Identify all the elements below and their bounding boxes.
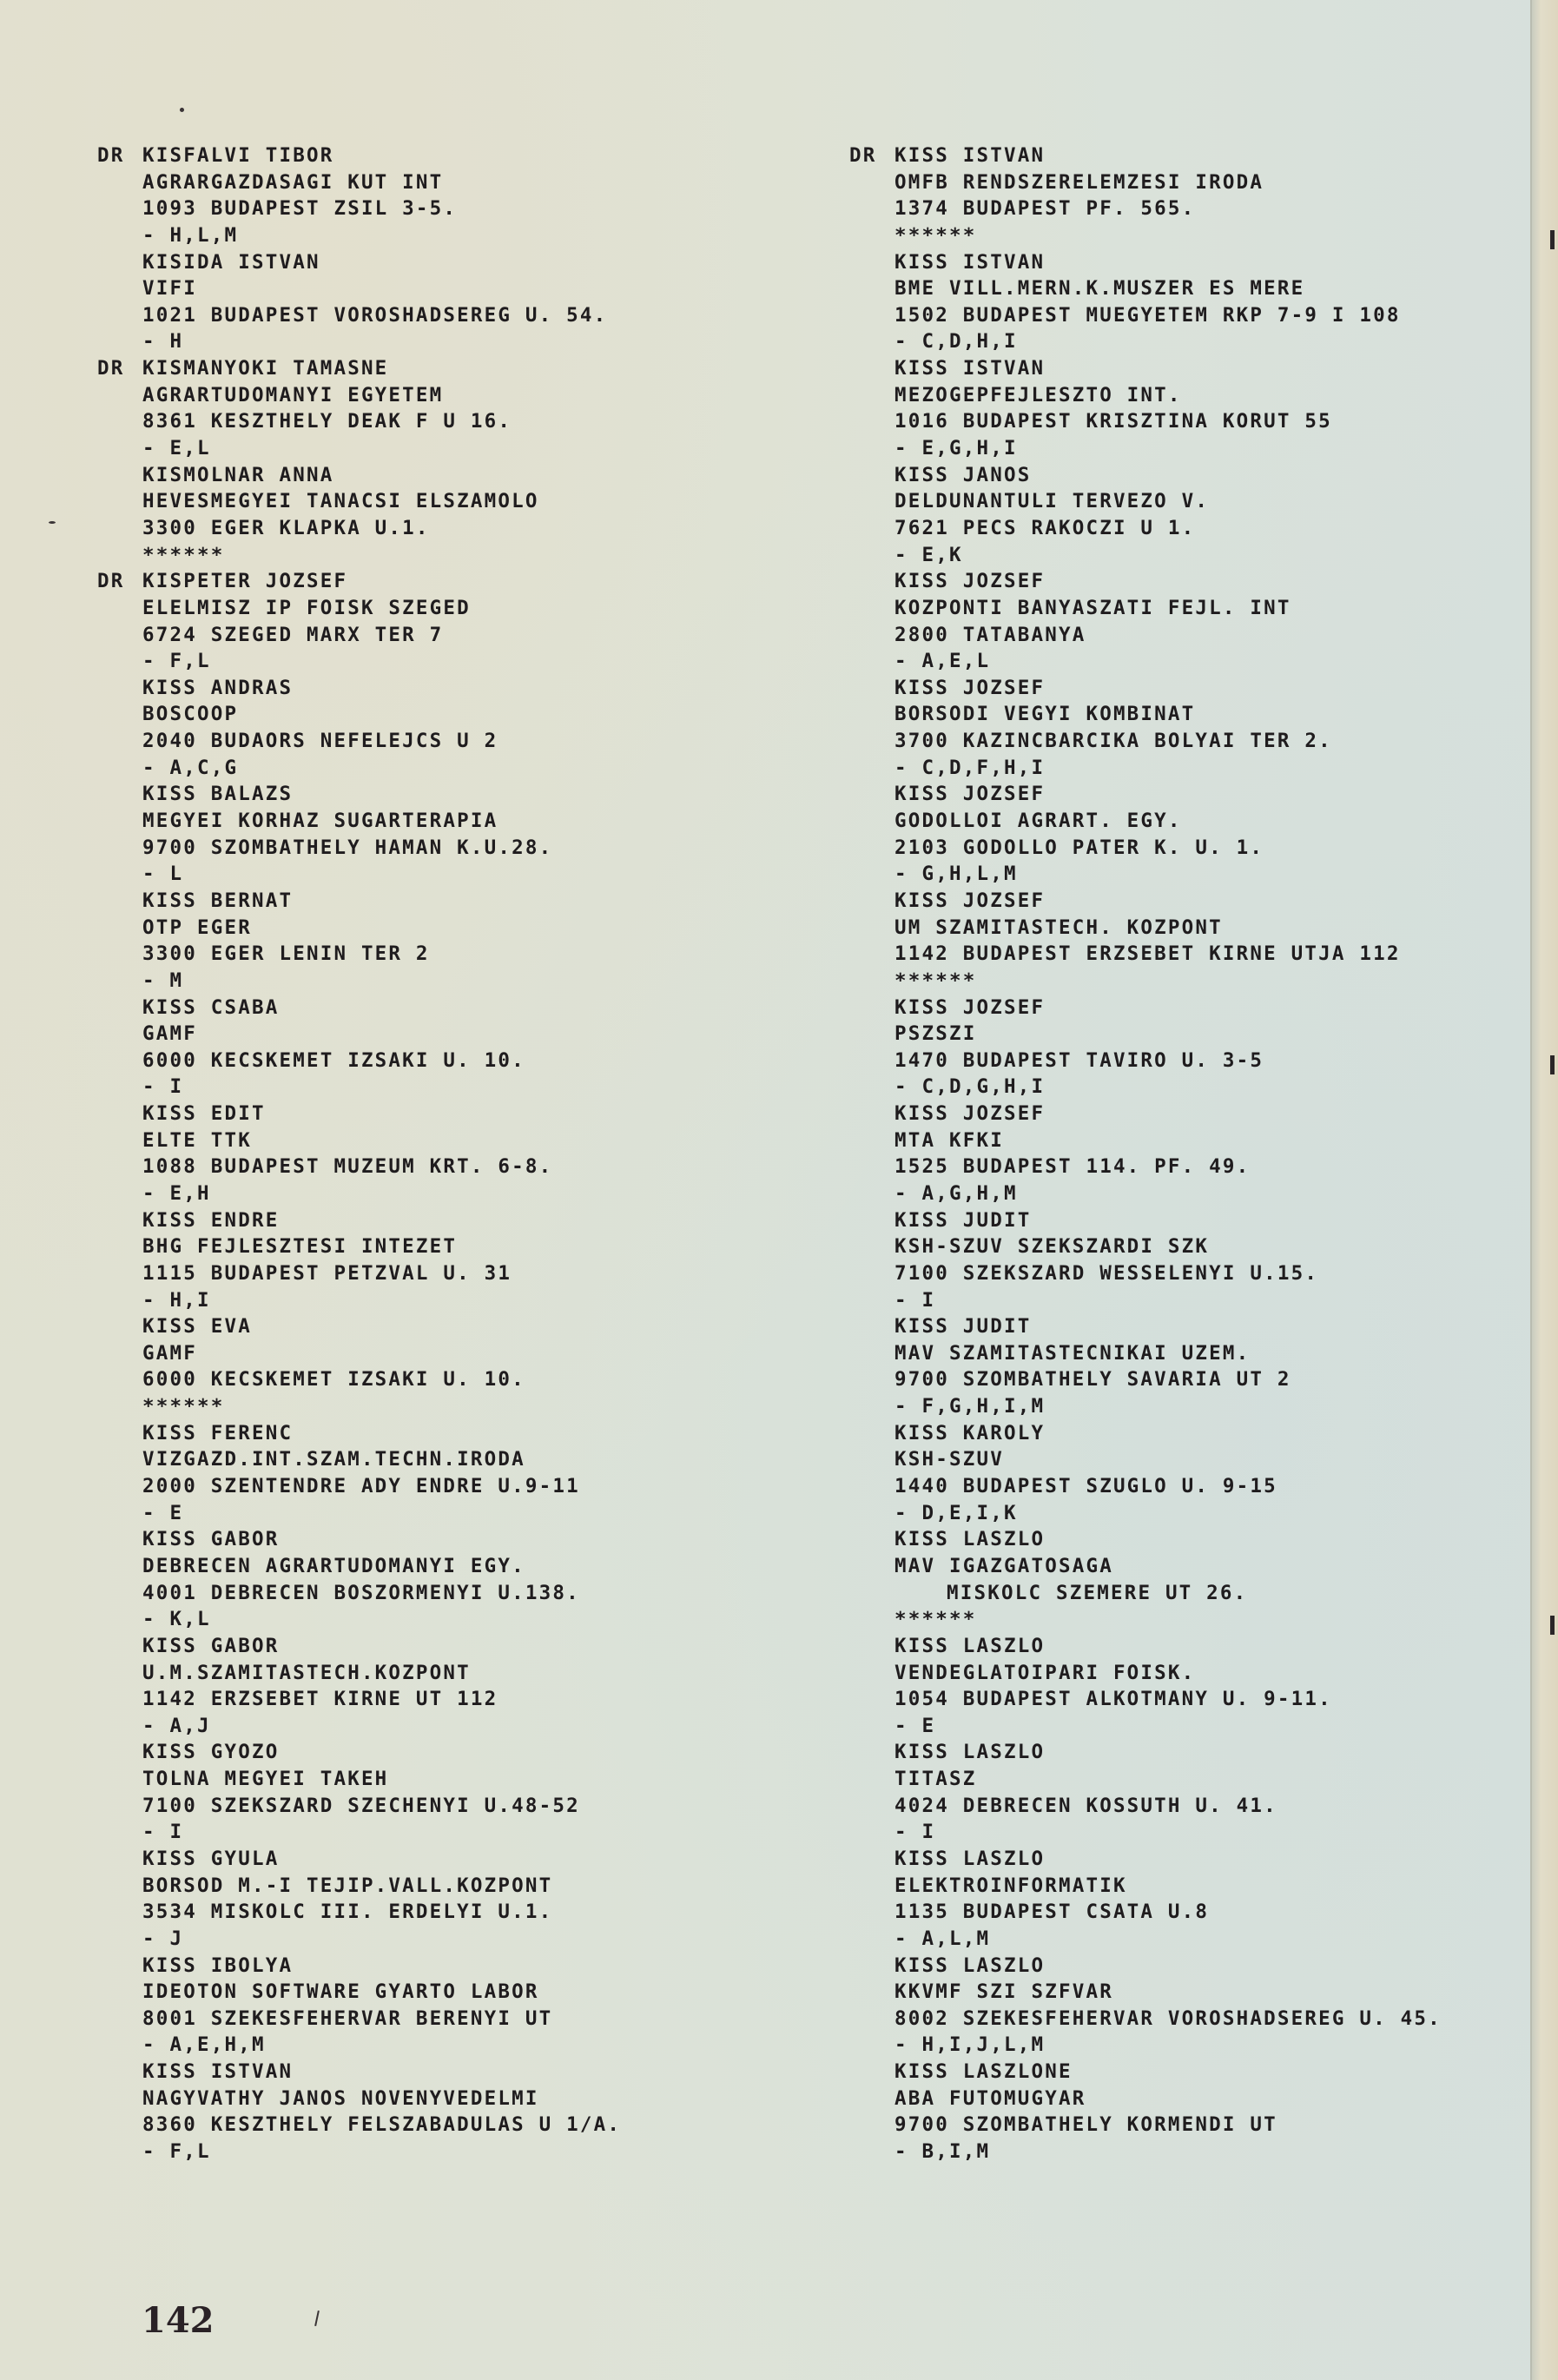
- entry-institution: KKVMF SZI SZFVAR: [895, 1980, 1113, 2003]
- directory-entry: KISS IBOLYAIDEOTON SOFTWARE GYARTO LABOR…: [97, 1953, 621, 2059]
- directory-entry: KISS ISTVANBME VILL.MERN.K.MUSZER ES MER…: [849, 249, 1442, 356]
- entry-codes: - H: [142, 330, 183, 353]
- entry-codes: - J: [142, 1927, 183, 1950]
- entry-name-line: KISS EDIT: [97, 1101, 621, 1127]
- directory-entry: KISS LASZLOVENDEGLATOIPARI FOISK.1054 BU…: [849, 1633, 1442, 1740]
- entry-address: 1016 BUDAPEST KRISZTINA KORUT 55: [895, 410, 1332, 433]
- entry-codes-line: - A,C,G: [97, 755, 621, 782]
- entry-institution: MTA KFKI: [895, 1129, 1004, 1152]
- entry-name-line: KISS ISTVAN: [849, 355, 1442, 382]
- entry-codes: - H,I: [142, 1289, 211, 1312]
- entry-name-line: KISS BALAZS: [97, 781, 621, 808]
- entry-name: KISPETER JOZSEF: [142, 570, 347, 592]
- entry-institution-line: AGRARTUDOMANYI EGYETEM: [97, 382, 621, 409]
- entry-codes-line: - H,L,M: [97, 222, 621, 249]
- entry-address-line: 7100 SZEKSZARD WESSELENYI U.15.: [849, 1260, 1442, 1287]
- entry-address: 1525 BUDAPEST 114. PF. 49.: [895, 1155, 1250, 1178]
- entry-codes: - L: [142, 863, 183, 885]
- entry-name-line: KISIDA ISTVAN: [97, 249, 621, 276]
- directory-entry: KISS ISTVANNAGYVATHY JANOS NOVENYVEDELMI…: [97, 2059, 621, 2165]
- entry-institution: BOSCOOP: [142, 703, 238, 725]
- entry-address-line: 9700 SZOMBATHELY KORMENDI UT: [849, 2112, 1442, 2139]
- entry-codes: - E,K: [895, 544, 963, 566]
- pen-mark: [314, 2311, 320, 2326]
- adjacent-page-edge: [1530, 0, 1558, 2380]
- directory-entry: KISS BALAZSMEGYEI KORHAZ SUGARTERAPIA970…: [97, 781, 621, 888]
- entry-institution: KOZPONTI BANYASZATI FEJL. INT: [895, 597, 1291, 619]
- entry-title-prefix: DR: [97, 568, 142, 595]
- entry-codes-line: - F,L: [97, 2139, 621, 2165]
- entry-codes: - C,D,H,I: [895, 330, 1018, 353]
- entry-institution-line: PSZSZI: [849, 1021, 1442, 1048]
- entry-institution-line: TITASZ: [849, 1766, 1442, 1793]
- entry-codes-line: - D,E,I,K: [849, 1500, 1442, 1527]
- entry-codes-line: - A,E,L: [849, 648, 1442, 675]
- entry-institution: GAMF: [142, 1022, 197, 1045]
- entry-name: KISS BALAZS: [142, 783, 293, 805]
- entry-institution-line: MEZOGEPFEJLESZTO INT.: [849, 382, 1442, 409]
- entry-institution-line: OMFB RENDSZERELEMZESI IRODA: [849, 169, 1442, 196]
- entry-codes: - H,L,M: [142, 224, 238, 247]
- entry-name-line: KISS FERENC: [97, 1420, 621, 1447]
- entry-codes-line: - A,L,M: [849, 1926, 1442, 1953]
- entry-codes-line: - C,D,H,I: [849, 328, 1442, 355]
- entry-address-line: 1088 BUDAPEST MUZEUM KRT. 6-8.: [97, 1154, 621, 1180]
- entry-address-line: 7100 SZEKSZARD SZECHENYI U.48-52: [97, 1793, 621, 1820]
- entry-institution: BME VILL.MERN.K.MUSZER ES MERE: [895, 277, 1304, 300]
- directory-entry: KISS LASZLOKKVMF SZI SZFVAR8002 SZEKESFE…: [849, 1953, 1442, 2059]
- entry-codes-line: - E,G,H,I: [849, 435, 1442, 462]
- directory-entry: KISS JOZSEFBORSODI VEGYI KOMBINAT3700 KA…: [849, 675, 1442, 782]
- entry-codes-line: ******: [97, 1393, 621, 1420]
- entry-codes-line: - I: [97, 1074, 621, 1101]
- entry-address-line: 2040 BUDAORS NEFELEJCS U 2: [97, 728, 621, 755]
- entry-institution: TOLNA MEGYEI TAKEH: [142, 1768, 388, 1790]
- entry-institution: MAV IGAZGATOSAGA: [895, 1555, 1113, 1577]
- entry-name: KISIDA ISTVAN: [142, 251, 320, 274]
- entry-address-line: 2000 SZENTENDRE ADY ENDRE U.9-11: [97, 1473, 621, 1500]
- entry-institution: ELELMISZ IP FOISK SZEGED: [142, 597, 471, 619]
- entry-address: 7100 SZEKSZARD SZECHENYI U.48-52: [142, 1795, 580, 1817]
- entry-address-line: 4001 DEBRECEN BOSZORMENYI U.138.: [97, 1580, 621, 1607]
- entry-institution: U.M.SZAMITASTECH.KOZPONT: [142, 1662, 471, 1684]
- entry-address: 1470 BUDAPEST TAVIRO U. 3-5: [895, 1049, 1264, 1072]
- entry-institution: MEZOGEPFEJLESZTO INT.: [895, 384, 1182, 407]
- entry-codes-line: ******: [849, 968, 1442, 995]
- entry-name: KISS JOZSEF: [895, 889, 1045, 912]
- entry-name-line: KISS JOZSEF: [849, 1101, 1442, 1127]
- entry-address: 1135 BUDAPEST CSATA U.8: [895, 1901, 1209, 1923]
- entry-codes: - I: [142, 1821, 183, 1843]
- entry-name-line: KISS ENDRE: [97, 1207, 621, 1234]
- entry-name: KISS ENDRE: [142, 1209, 279, 1232]
- entry-address-line: 1115 BUDAPEST PETZVAL U. 31: [97, 1260, 621, 1287]
- entry-address: 1374 BUDAPEST PF. 565.: [895, 197, 1195, 220]
- entry-institution-line: BOSCOOP: [97, 701, 621, 728]
- directory-entry: DRKISS ISTVANOMFB RENDSZERELEMZESI IRODA…: [849, 142, 1442, 249]
- entry-codes-line: - I: [849, 1287, 1442, 1314]
- entry-institution-line: MTA KFKI: [849, 1127, 1442, 1154]
- directory-entry: KISS JOZSEFKOZPONTI BANYASZATI FEJL. INT…: [849, 568, 1442, 675]
- entry-codes-line: - L: [97, 861, 621, 888]
- entry-codes: - A,G,H,M: [895, 1182, 1018, 1205]
- entry-name: KISS IBOLYA: [142, 1954, 293, 1977]
- entry-codes-line: - H,I,J,L,M: [849, 2032, 1442, 2059]
- entry-name-line: KISS JOZSEF: [849, 568, 1442, 595]
- directory-entry: KISMOLNAR ANNAHEVESMEGYEI TANACSI ELSZAM…: [97, 462, 621, 569]
- directory-entry: DRKISPETER JOZSEFELELMISZ IP FOISK SZEGE…: [97, 568, 621, 675]
- entry-address: 8002 SZEKESFEHERVAR VOROSHADSEREG U. 45.: [895, 2007, 1442, 2030]
- directory-entry: KISS JUDITMAV SZAMITASTECNIKAI UZEM.9700…: [849, 1313, 1442, 1420]
- entry-institution: GAMF: [142, 1342, 197, 1365]
- entry-name: KISS KAROLY: [895, 1422, 1045, 1445]
- entry-codes-line: - H: [97, 328, 621, 355]
- entry-name: KISS FERENC: [142, 1422, 293, 1445]
- entry-title-prefix: DR: [97, 355, 142, 382]
- entry-institution: DELDUNANTULI TERVEZO V.: [895, 490, 1209, 512]
- entry-codes: - I: [142, 1075, 183, 1098]
- entry-codes: - A,J: [142, 1715, 211, 1737]
- entry-codes-line: ******: [849, 222, 1442, 249]
- entry-institution-line: GAMF: [97, 1021, 621, 1048]
- entry-name: KISS LASZLO: [895, 1741, 1045, 1763]
- entry-name: KISS LASZLO: [895, 1635, 1045, 1657]
- entry-name: KISS LASZLO: [895, 1848, 1045, 1870]
- entry-codes: - D,E,I,K: [895, 1502, 1018, 1524]
- entry-name-line: KISS LASZLO: [849, 1846, 1442, 1873]
- entry-institution-line: BORSOD M.-I TEJIP.VALL.KOZPONT: [97, 1873, 621, 1900]
- entry-address-line: 1525 BUDAPEST 114. PF. 49.: [849, 1154, 1442, 1180]
- entry-institution: TITASZ: [895, 1768, 976, 1790]
- entry-name: KISS GABOR: [142, 1528, 279, 1550]
- entry-name: KISS CSABA: [142, 996, 279, 1019]
- entry-name-line: KISS GYULA: [97, 1846, 621, 1873]
- entry-address-line: 3300 EGER KLAPKA U.1.: [97, 515, 621, 542]
- entry-name: KISS LASZLO: [895, 1528, 1045, 1550]
- directory-entry: KISS ANDRASBOSCOOP2040 BUDAORS NEFELEJCS…: [97, 675, 621, 782]
- entry-institution-line: MAV IGAZGATOSAGA: [849, 1553, 1442, 1580]
- entry-address-line: 7621 PECS RAKOCZI U 1.: [849, 515, 1442, 542]
- entry-codes-line: ******: [97, 542, 621, 569]
- entry-institution: OMFB RENDSZERELEMZESI IRODA: [895, 171, 1264, 194]
- entry-codes: - G,H,L,M: [895, 863, 1018, 885]
- entry-institution-line: IDEOTON SOFTWARE GYARTO LABOR: [97, 1979, 621, 2006]
- entry-codes: - F,L: [142, 2140, 211, 2163]
- adjacent-page-mark: [1550, 1616, 1555, 1635]
- entry-name-line: KISS CSABA: [97, 995, 621, 1021]
- directory-entry: KISS EVAGAMF6000 KECSKEMET IZSAKI U. 10.…: [97, 1313, 621, 1420]
- entry-institution-line: MAV SZAMITASTECNIKAI UZEM.: [849, 1340, 1442, 1367]
- entry-institution: KSH-SZUV: [895, 1448, 1004, 1471]
- entry-name-line: KISS ANDRAS: [97, 675, 621, 702]
- entry-address-line: 1142 BUDAPEST ERZSEBET KIRNE UTJA 112: [849, 941, 1442, 968]
- entry-address: 2040 BUDAORS NEFELEJCS U 2: [142, 730, 498, 752]
- entry-address-line: 6000 KECSKEMET IZSAKI U. 10.: [97, 1048, 621, 1074]
- entry-codes: ******: [895, 969, 976, 992]
- stray-ink-dot: [49, 521, 56, 524]
- directory-entry: KISS GABORU.M.SZAMITASTECH.KOZPONT1142 E…: [97, 1633, 621, 1740]
- entry-codes-line: - E,L: [97, 435, 621, 462]
- entry-institution-line: KSH-SZUV SZEKSZARDI SZK: [849, 1233, 1442, 1260]
- entry-codes-line: - C,D,F,H,I: [849, 755, 1442, 782]
- entry-address-line: 1470 BUDAPEST TAVIRO U. 3-5: [849, 1048, 1442, 1074]
- entry-codes-line: - E: [97, 1500, 621, 1527]
- directory-entry: KISS FERENCVIZGAZD.INT.SZAM.TECHN.IRODA2…: [97, 1420, 621, 1527]
- entry-name: KISS JOZSEF: [895, 1102, 1045, 1125]
- entry-name: KISMANYOKI TAMASNE: [142, 357, 388, 380]
- entry-codes: - E,L: [142, 437, 211, 459]
- entry-codes: - C,D,G,H,I: [895, 1075, 1045, 1098]
- entry-address: 9700 SZOMBATHELY SAVARIA UT 2: [895, 1368, 1291, 1391]
- entry-codes-line: ******: [849, 1606, 1442, 1633]
- entry-name: KISS JOZSEF: [895, 570, 1045, 592]
- entry-institution-line: KOZPONTI BANYASZATI FEJL. INT: [849, 595, 1442, 622]
- entry-address-line: 8001 SZEKESFEHERVAR BERENYI UT: [97, 2006, 621, 2033]
- entry-address: 3534 MISKOLC III. ERDELYI U.1.: [142, 1901, 552, 1923]
- entry-name-line: KISS ISTVAN: [97, 2059, 621, 2086]
- entry-address: 6724 SZEGED MARX TER 7: [142, 624, 443, 646]
- stray-ink-dot: [180, 108, 184, 112]
- entry-name-line: KISS KAROLY: [849, 1420, 1442, 1447]
- entry-institution-line: BME VILL.MERN.K.MUSZER ES MERE: [849, 275, 1442, 302]
- adjacent-page-mark: [1550, 1055, 1555, 1074]
- entry-address: 1142 BUDAPEST ERZSEBET KIRNE UTJA 112: [895, 942, 1401, 965]
- entry-institution: ABA FUTOMUGYAR: [895, 2087, 1086, 2110]
- entry-name-line: KISS BERNAT: [97, 888, 621, 915]
- entry-name-line: KISS JOZSEF: [849, 675, 1442, 702]
- directory-entry: KISS JOZSEFUM SZAMITASTECH. KOZPONT1142 …: [849, 888, 1442, 995]
- directory-column-left: DRKISFALVI TIBORAGRARGAZDASAGI KUT INT10…: [97, 142, 621, 2165]
- directory-entry: KISS JOZSEFGODOLLOI AGRART. EGY.2103 GOD…: [849, 781, 1442, 888]
- entry-institution: MEGYEI KORHAZ SUGARTERAPIA: [142, 810, 498, 832]
- entry-codes: - F,G,H,I,M: [895, 1395, 1045, 1418]
- entry-name-line: DRKISS ISTVAN: [849, 142, 1442, 169]
- entry-codes-line: - I: [97, 1819, 621, 1846]
- entry-codes: - B,I,M: [895, 2140, 990, 2163]
- entry-codes-line: - A,E,H,M: [97, 2032, 621, 2059]
- entry-codes-line: - E: [849, 1713, 1442, 1740]
- entry-name: KISS JOZSEF: [895, 783, 1045, 805]
- entry-codes: ******: [142, 1395, 224, 1418]
- entry-institution: GODOLLOI AGRART. EGY.: [895, 810, 1182, 832]
- entry-institution: BORSOD M.-I TEJIP.VALL.KOZPONT: [142, 1874, 552, 1897]
- entry-institution: KSH-SZUV SZEKSZARDI SZK: [895, 1235, 1209, 1258]
- directory-entry: KISS LASZLOELEKTROINFORMATIK1135 BUDAPES…: [849, 1846, 1442, 1953]
- entry-codes-line: - G,H,L,M: [849, 861, 1442, 888]
- entry-institution-line: GAMF: [97, 1340, 621, 1367]
- entry-address-line: 1502 BUDAPEST MUEGYETEM RKP 7-9 I 108: [849, 302, 1442, 329]
- entry-address-line: 1093 BUDAPEST ZSIL 3-5.: [97, 195, 621, 222]
- entry-address-line: 9700 SZOMBATHELY SAVARIA UT 2: [849, 1366, 1442, 1393]
- entry-codes: - E: [895, 1715, 935, 1737]
- entry-institution-line: U.M.SZAMITASTECH.KOZPONT: [97, 1660, 621, 1687]
- entry-address: 8001 SZEKESFEHERVAR BERENYI UT: [142, 2007, 552, 2030]
- directory-entry: KISS CSABAGAMF6000 KECSKEMET IZSAKI U. 1…: [97, 995, 621, 1101]
- entry-codes: ******: [142, 544, 224, 566]
- entry-codes-line: - C,D,G,H,I: [849, 1074, 1442, 1101]
- entry-institution-line: BORSODI VEGYI KOMBINAT: [849, 701, 1442, 728]
- entry-address-line: 1135 BUDAPEST CSATA U.8: [849, 1899, 1442, 1926]
- entry-institution: OTP EGER: [142, 916, 252, 939]
- entry-address: 7621 PECS RAKOCZI U 1.: [895, 517, 1195, 539]
- entry-name-line: KISS JOZSEF: [849, 781, 1442, 808]
- directory-entry: KISS BERNATOTP EGER3300 EGER LENIN TER 2…: [97, 888, 621, 995]
- entry-address: 8360 KESZTHELY FELSZABADULAS U 1/A.: [142, 2113, 621, 2136]
- entry-address: 1021 BUDAPEST VOROSHADSEREG U. 54.: [142, 304, 607, 327]
- entry-institution-line: MEGYEI KORHAZ SUGARTERAPIA: [97, 808, 621, 835]
- entry-name: KISS ISTVAN: [895, 144, 1045, 167]
- entry-name: KISFALVI TIBOR: [142, 144, 333, 167]
- entry-institution: DEBRECEN AGRARTUDOMANYI EGY.: [142, 1555, 525, 1577]
- entry-codes-line: - A,G,H,M: [849, 1180, 1442, 1207]
- entry-address-line: 3700 KAZINCBARCIKA BOLYAI TER 2.: [849, 728, 1442, 755]
- entry-name-line: DRKISFALVI TIBOR: [97, 142, 621, 169]
- entry-institution-line: OTP EGER: [97, 915, 621, 942]
- entry-address: 9700 SZOMBATHELY KORMENDI UT: [895, 2113, 1277, 2136]
- entry-address-line: 1016 BUDAPEST KRISZTINA KORUT 55: [849, 408, 1442, 435]
- entry-address: 2000 SZENTENDRE ADY ENDRE U.9-11: [142, 1475, 580, 1497]
- directory-entry: KISS JOZSEFPSZSZI1470 BUDAPEST TAVIRO U.…: [849, 995, 1442, 1101]
- entry-name: KISS LASZLONE: [895, 2060, 1073, 2083]
- entry-address-line: 3534 MISKOLC III. ERDELYI U.1.: [97, 1899, 621, 1926]
- directory-entry: KISS LASZLOMAV IGAZGATOSAGAMISKOLC SZEME…: [849, 1526, 1442, 1633]
- entry-name-line: KISS EVA: [97, 1313, 621, 1340]
- entry-name-line: KISMOLNAR ANNA: [97, 462, 621, 489]
- entry-name: KISS EVA: [142, 1315, 252, 1338]
- entry-institution-line: TOLNA MEGYEI TAKEH: [97, 1766, 621, 1793]
- entry-address: 4024 DEBRECEN KOSSUTH U. 41.: [895, 1795, 1277, 1817]
- entry-codes: - K,L: [142, 1608, 211, 1630]
- entry-address: 7100 SZEKSZARD WESSELENYI U.15.: [895, 1262, 1318, 1285]
- entry-address: 1054 BUDAPEST ALKOTMANY U. 9-11.: [895, 1688, 1332, 1710]
- entry-address: 2800 TATABANYA: [895, 624, 1086, 646]
- entry-institution: VENDEGLATOIPARI FOISK.: [895, 1662, 1195, 1684]
- entry-institution: PSZSZI: [895, 1022, 976, 1045]
- entry-address: 8361 KESZTHELY DEAK F U 16.: [142, 410, 512, 433]
- entry-institution: AGRARTUDOMANYI EGYETEM: [142, 384, 443, 407]
- entry-name: KISS LASZLO: [895, 1954, 1045, 1977]
- entry-codes-line: - H,I: [97, 1287, 621, 1314]
- directory-entry: KISS ISTVANMEZOGEPFEJLESZTO INT.1016 BUD…: [849, 355, 1442, 462]
- entry-institution-line: GODOLLOI AGRART. EGY.: [849, 808, 1442, 835]
- entry-codes: ******: [895, 1608, 976, 1630]
- entry-address: 1142 ERZSEBET KIRNE UT 112: [142, 1688, 498, 1710]
- directory-entry: DRKISFALVI TIBORAGRARGAZDASAGI KUT INT10…: [97, 142, 621, 249]
- entry-codes-line: - M: [97, 968, 621, 995]
- entry-codes: ******: [895, 224, 976, 247]
- entry-name-line: KISS JOZSEF: [849, 995, 1442, 1021]
- entry-institution: HEVESMEGYEI TANACSI ELSZAMOLO: [142, 490, 539, 512]
- entry-name-line: KISS GYOZO: [97, 1739, 621, 1766]
- entry-address-line: 1021 BUDAPEST VOROSHADSEREG U. 54.: [97, 302, 621, 329]
- entry-address-line: MISKOLC SZEMERE UT 26.: [849, 1580, 1442, 1607]
- directory-entry: KISS JUDITKSH-SZUV SZEKSZARDI SZK7100 SZ…: [849, 1207, 1442, 1314]
- entry-name-line: KISS GABOR: [97, 1526, 621, 1553]
- entry-institution: BORSODI VEGYI KOMBINAT: [895, 703, 1195, 725]
- directory-entry: KISS JOZSEFMTA KFKI1525 BUDAPEST 114. PF…: [849, 1101, 1442, 1207]
- entry-address-line: 4024 DEBRECEN KOSSUTH U. 41.: [849, 1793, 1442, 1820]
- entry-name-line: KISS JANOS: [849, 462, 1442, 489]
- entry-institution-line: VIFI: [97, 275, 621, 302]
- entry-institution: ELEKTROINFORMATIK: [895, 1874, 1127, 1897]
- entry-address: 9700 SZOMBATHELY HAMAN K.U.28.: [142, 836, 552, 859]
- entry-address: 1115 BUDAPEST PETZVAL U. 31: [142, 1262, 512, 1285]
- entry-name: KISS EDIT: [142, 1102, 266, 1125]
- entry-codes: - I: [895, 1289, 935, 1312]
- entry-name-line: DRKISMANYOKI TAMASNE: [97, 355, 621, 382]
- entry-address: 3700 KAZINCBARCIKA BOLYAI TER 2.: [895, 730, 1332, 752]
- page-number: 142: [142, 2300, 215, 2341]
- entry-name-line: KISS JUDIT: [849, 1313, 1442, 1340]
- entry-institution: IDEOTON SOFTWARE GYARTO LABOR: [142, 1980, 539, 2003]
- entry-codes-line: - A,J: [97, 1713, 621, 1740]
- entry-address-line: 9700 SZOMBATHELY HAMAN K.U.28.: [97, 835, 621, 862]
- entry-name: KISS JANOS: [895, 464, 1031, 486]
- entry-title-prefix: DR: [97, 142, 142, 169]
- entry-institution-line: NAGYVATHY JANOS NOVENYVEDELMI: [97, 2086, 621, 2112]
- entry-name-line: KISS ISTVAN: [849, 249, 1442, 276]
- directory-entry: KISIDA ISTVANVIFI1021 BUDAPEST VOROSHADS…: [97, 249, 621, 356]
- directory-entry: DRKISMANYOKI TAMASNEAGRARTUDOMANYI EGYET…: [97, 355, 621, 462]
- entry-name-line: KISS GABOR: [97, 1633, 621, 1660]
- entry-address-line: 6000 KECSKEMET IZSAKI U. 10.: [97, 1366, 621, 1393]
- entry-address: 3300 EGER LENIN TER 2: [142, 942, 430, 965]
- entry-address-line: 8002 SZEKESFEHERVAR VOROSHADSEREG U. 45.: [849, 2006, 1442, 2033]
- entry-institution-line: ELTE TTK: [97, 1127, 621, 1154]
- entry-institution: UM SZAMITASTECH. KOZPONT: [895, 916, 1223, 939]
- entry-name: KISS JUDIT: [895, 1315, 1031, 1338]
- entry-codes: - F,L: [142, 650, 211, 672]
- entry-address: 6000 KECSKEMET IZSAKI U. 10.: [142, 1049, 525, 1072]
- entry-codes-line: - I: [849, 1819, 1442, 1846]
- adjacent-page-mark: [1550, 230, 1555, 249]
- entry-institution: BHG FEJLESZTESI INTEZET: [142, 1235, 457, 1258]
- entry-codes-line: - K,L: [97, 1606, 621, 1633]
- directory-entry: KISS EDITELTE TTK1088 BUDAPEST MUZEUM KR…: [97, 1101, 621, 1207]
- entry-codes: - A,E,L: [895, 650, 990, 672]
- entry-name-line: KISS LASZLO: [849, 1526, 1442, 1553]
- entry-name-line: KISS LASZLO: [849, 1953, 1442, 1980]
- entry-codes: - C,D,F,H,I: [895, 757, 1045, 779]
- entry-codes: - I: [895, 1821, 935, 1843]
- entry-name: KISS ANDRAS: [142, 677, 293, 699]
- entry-institution-line: KSH-SZUV: [849, 1446, 1442, 1473]
- entry-address: 1093 BUDAPEST ZSIL 3-5.: [142, 197, 457, 220]
- entry-address-line: 1054 BUDAPEST ALKOTMANY U. 9-11.: [849, 1686, 1442, 1713]
- entry-name-line: KISS LASZLO: [849, 1739, 1442, 1766]
- entry-institution: ELTE TTK: [142, 1129, 252, 1152]
- entry-address-line: 1440 BUDAPEST SZUGLO U. 9-15: [849, 1473, 1442, 1500]
- entry-codes: - H,I,J,L,M: [895, 2033, 1045, 2056]
- entry-codes-line: - B,I,M: [849, 2139, 1442, 2165]
- entry-name-line: KISS JUDIT: [849, 1207, 1442, 1234]
- entry-institution-line: DELDUNANTULI TERVEZO V.: [849, 488, 1442, 515]
- entry-name-line: KISS LASZLO: [849, 1633, 1442, 1660]
- entry-institution-line: HEVESMEGYEI TANACSI ELSZAMOLO: [97, 488, 621, 515]
- entry-codes-line: - E,H: [97, 1180, 621, 1207]
- directory-entry: KISS ENDREBHG FEJLESZTESI INTEZET1115 BU…: [97, 1207, 621, 1314]
- entry-codes-line: - E,K: [849, 542, 1442, 569]
- entry-address-line: 3300 EGER LENIN TER 2: [97, 941, 621, 968]
- entry-codes-line: - F,G,H,I,M: [849, 1393, 1442, 1420]
- entry-codes: - E,G,H,I: [895, 437, 1018, 459]
- entry-institution: NAGYVATHY JANOS NOVENYVEDELMI: [142, 2087, 539, 2110]
- directory-entry: KISS JANOSDELDUNANTULI TERVEZO V.7621 PE…: [849, 462, 1442, 569]
- entry-address: 1502 BUDAPEST MUEGYETEM RKP 7-9 I 108: [895, 304, 1401, 327]
- entry-address-line: 2800 TATABANYA: [849, 622, 1442, 649]
- entry-name: KISS JOZSEF: [895, 996, 1045, 1019]
- entry-institution-line: VENDEGLATOIPARI FOISK.: [849, 1660, 1442, 1687]
